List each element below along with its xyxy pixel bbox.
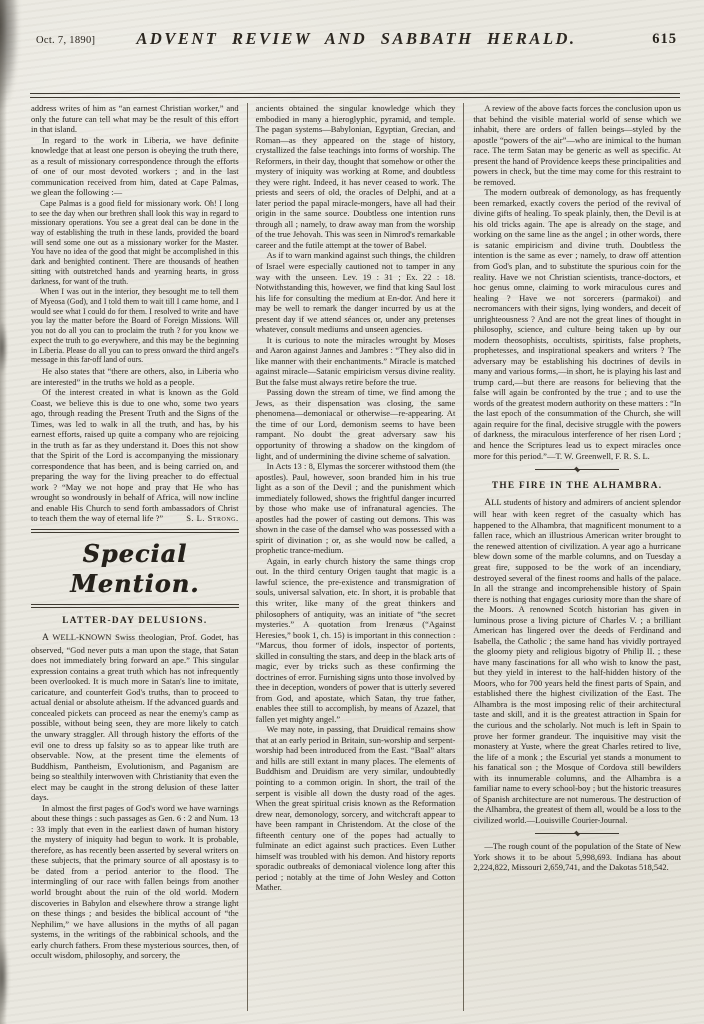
header-rule bbox=[30, 93, 680, 98]
column-3: A review of the above facts forces the c… bbox=[464, 103, 681, 1011]
news-brief: —The rough count of the population of th… bbox=[473, 841, 681, 873]
column-layout: address writes of him as “an earnest Chr… bbox=[31, 103, 681, 1011]
paragraph: In Acts 13 : 8, Elymas the sorcerer with… bbox=[256, 461, 456, 556]
paragraph: In regard to the work in Liberia, we hav… bbox=[31, 135, 239, 198]
paragraph: ALL students of history and admirers of … bbox=[473, 497, 681, 826]
page-header: Oct. 7, 1890] ADVENT REVIEW AND SABBATH … bbox=[36, 29, 677, 53]
article-title-latter-day-delusions: LATTER-DAY DELUSIONS. bbox=[31, 616, 239, 628]
paragraph: A WELL-KNOWN Swiss theologian, Prof. God… bbox=[31, 632, 239, 803]
paragraph: A review of the above facts forces the c… bbox=[473, 103, 681, 187]
article-title-fire-in-the-alhambra: THE FIRE IN THE ALHAMBRA. bbox=[473, 481, 681, 493]
article-divider bbox=[535, 466, 619, 473]
paragraph-text: Of the interest created in what is known… bbox=[31, 387, 239, 523]
scan-artifact-top-left bbox=[0, 0, 18, 110]
masthead-title: ADVENT REVIEW AND SABBATH HERALD. bbox=[36, 29, 677, 49]
paragraph: Passing down the stream of time, we find… bbox=[256, 387, 456, 461]
scan-artifact-left-mid bbox=[0, 320, 8, 375]
scan-artifact-left-bottom bbox=[0, 935, 9, 1020]
page-number: 615 bbox=[652, 31, 677, 48]
paragraph: We may note, in passing, that Druidical … bbox=[256, 724, 456, 893]
paragraph: He also states that “there are others, a… bbox=[31, 366, 239, 387]
article-divider bbox=[535, 830, 619, 837]
newspaper-page: Oct. 7, 1890] ADVENT REVIEW AND SABBATH … bbox=[0, 0, 704, 1024]
paragraph: It is curious to note the miracles wroug… bbox=[256, 335, 456, 388]
scan-artifact-left-edge bbox=[0, 0, 7, 1024]
paragraph: As if to warn mankind against such thing… bbox=[256, 250, 456, 334]
paragraph-continued: address writes of him as “an earnest Chr… bbox=[31, 103, 239, 135]
paragraph: Again, in early church history the same … bbox=[256, 556, 456, 725]
letter-excerpt: Cape Palmas is a good field for missiona… bbox=[31, 199, 239, 286]
author-signature: S. L. Strong. bbox=[169, 513, 238, 524]
paragraph-continued: ancients obtained the singular knowledge… bbox=[256, 103, 456, 250]
paragraph: Of the interest created in what is known… bbox=[31, 387, 239, 524]
section-header-special-mention: Special Mention. bbox=[31, 533, 239, 604]
paragraph: In almost the first pages of God's word … bbox=[31, 803, 239, 961]
column-1: address writes of him as “an earnest Chr… bbox=[31, 103, 248, 1011]
section-rule bbox=[31, 604, 239, 609]
column-2: ancients obtained the singular knowledge… bbox=[248, 103, 465, 1011]
letter-excerpt: When I was out in the interior, they bes… bbox=[31, 287, 239, 365]
paragraph: The modern outbreak of demonology, as ha… bbox=[473, 187, 681, 461]
